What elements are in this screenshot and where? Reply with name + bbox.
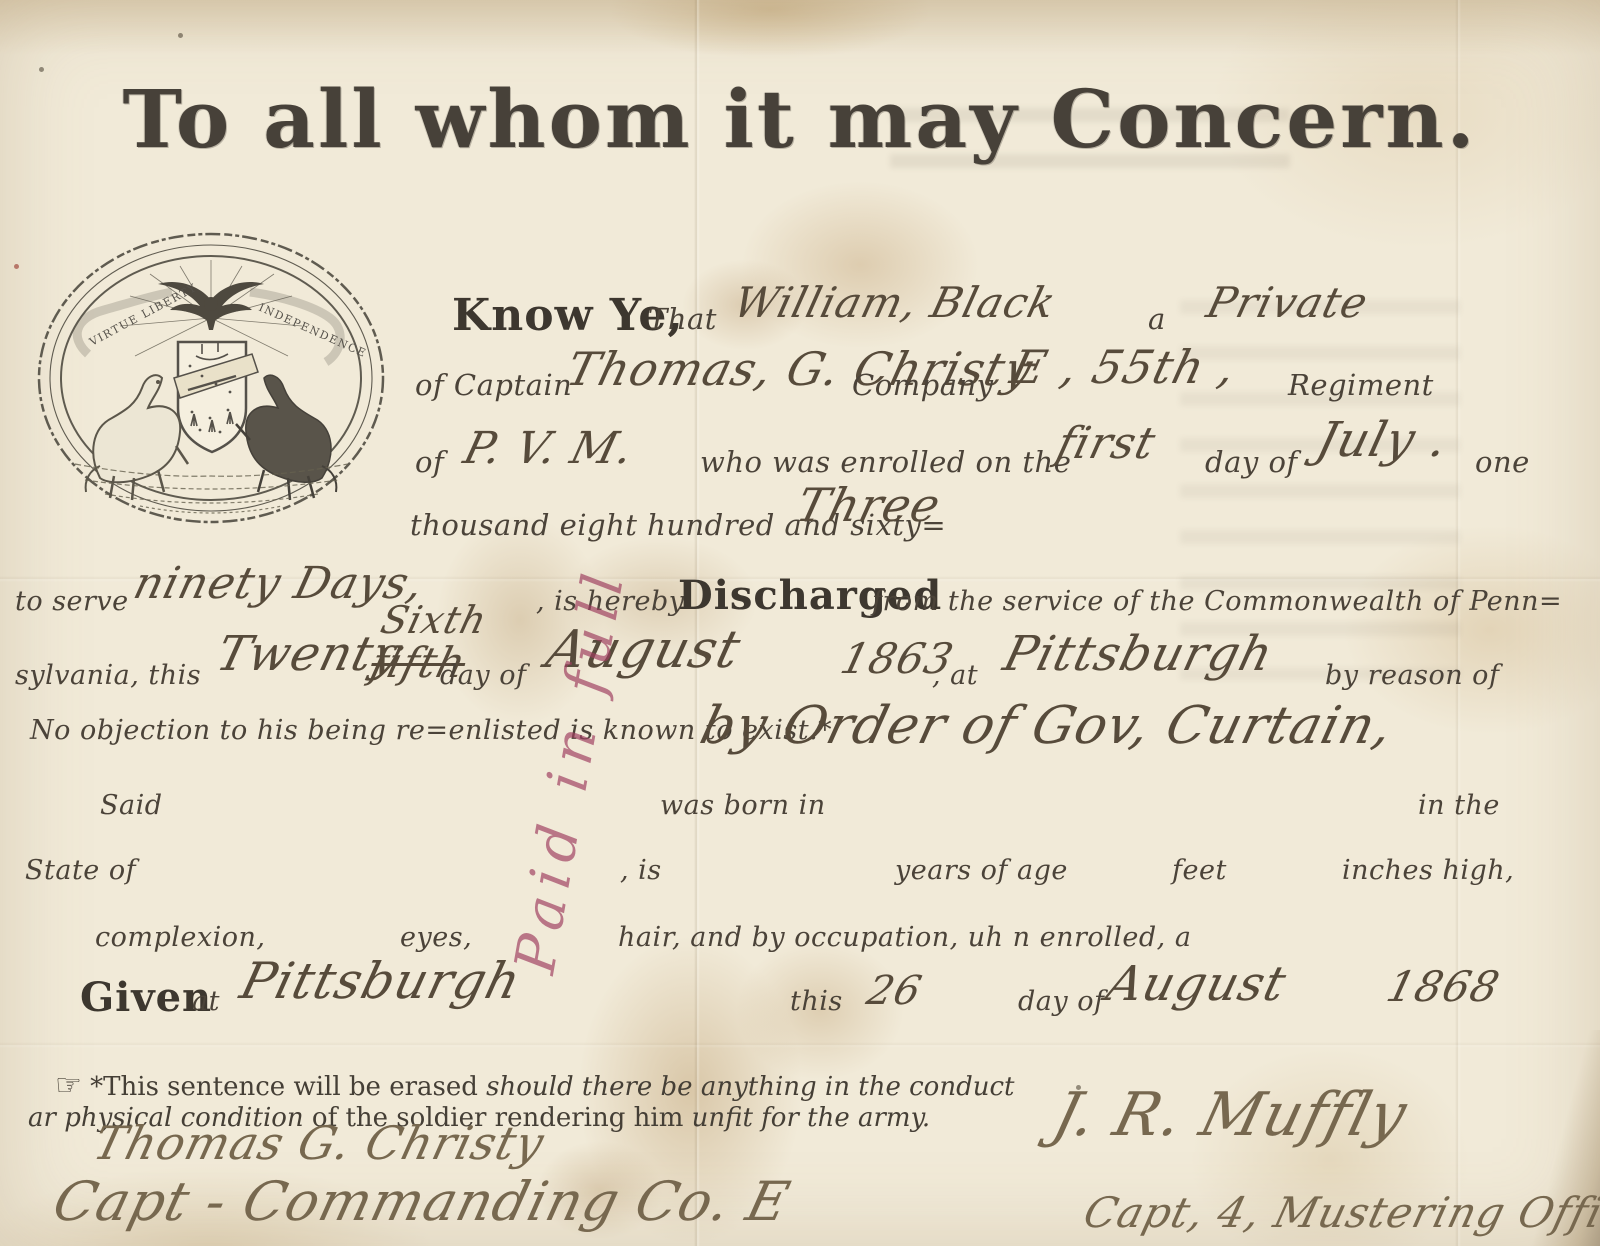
service-term-handwriting: ninety Days, — [129, 558, 430, 609]
by-reason-label: by reason of — [1325, 660, 1499, 691]
right-signature-name: J. R. Muffly — [1046, 1080, 1414, 1150]
pennsylvania-coat-of-arms-seal: VIRTUE LIBERTY INDEPENDENCE — [30, 226, 392, 534]
in-the-label: in the — [1418, 790, 1500, 821]
a-label: a — [1148, 302, 1166, 336]
given-day-handwriting: 26 — [862, 968, 926, 1014]
comma-at-label: , at — [932, 660, 978, 691]
years-of-age-label: years of age — [895, 855, 1068, 886]
footnote-part1: *This sentence will be erased — [90, 1072, 486, 1102]
discharge-place-handwriting: Pittsburgh — [998, 626, 1279, 682]
enrolled-text: who was enrolled on the — [700, 445, 1071, 479]
this-label: this — [790, 986, 843, 1017]
footnote-line-1: ☞ *This sentence will be erased should t… — [55, 1068, 1014, 1103]
day-of-label-3: day of — [1018, 986, 1104, 1017]
manicule-pointing-hand-icon: ☞ — [55, 1068, 82, 1103]
footnote-part2: should there be anything in the conduct — [486, 1072, 1014, 1102]
horizontal-fold-crease-lower — [0, 1042, 1600, 1048]
comma-is-label: , is — [620, 855, 662, 886]
one-label: one — [1475, 445, 1530, 479]
feet-label: feet — [1172, 855, 1227, 886]
given-year-handwriting: 1868 — [1382, 962, 1505, 1011]
said-label: Said — [100, 790, 163, 821]
hair-occupation-text: hair, and by occupation, uh n enrolled, … — [618, 922, 1191, 953]
day-of-label-2: day of — [440, 660, 526, 691]
inches-high-label: inches high, — [1342, 855, 1514, 886]
right-horse-icon — [236, 375, 336, 500]
of-captain-label: of Captain — [415, 368, 572, 402]
footnote-part5: unfit for the army. — [692, 1103, 930, 1133]
soldier-name-handwriting: William, Black — [729, 278, 1061, 327]
to-serve-label: to serve — [15, 586, 129, 617]
left-signature-title: Capt - Commanding Co. E — [47, 1170, 796, 1233]
that-label: That — [648, 302, 717, 336]
company-label: Company — [852, 368, 994, 402]
page-title: To all whom it may Concern. — [0, 72, 1600, 166]
unit-handwriting: P. V. M. — [459, 423, 639, 474]
rank-handwriting: Private — [1202, 278, 1373, 327]
left-signature-name: Thomas G. Christy — [88, 1116, 550, 1170]
enroll-day-handwriting: first — [1052, 418, 1161, 469]
sylvania-this-label: sylvania, this — [15, 660, 201, 691]
was-born-in-label: was born in — [660, 790, 826, 821]
right-signature-title: Capt, 4, Mustering Office — [1079, 1188, 1600, 1237]
day-of-label: day of — [1205, 445, 1298, 479]
given-place-handwriting: Pittsburgh — [235, 952, 527, 1010]
enroll-month-handwriting: July . — [1311, 412, 1454, 468]
document-scan: To all whom it may Concern. VIRTUE LIBER… — [0, 0, 1600, 1246]
spelled-year-handwriting: Three — [791, 478, 946, 532]
at-label: at — [192, 986, 220, 1017]
company-value-handwriting: E , 55th , — [1005, 340, 1242, 394]
from-service-text: from the service of the Commonwealth of … — [872, 586, 1562, 617]
paper-speck — [178, 33, 183, 38]
left-horse-icon — [86, 375, 188, 500]
eyes-label: eyes, — [400, 922, 472, 953]
by-order-handwriting: by Order of Gov, Curtain, — [695, 696, 1400, 756]
regiment-label: Regiment — [1288, 368, 1434, 402]
given-month-handwriting: August — [1101, 956, 1292, 1012]
complexion-label: complexion, — [95, 922, 265, 953]
of-label: of — [415, 445, 444, 479]
motto-left-text: VIRTUE LIBERTY — [86, 281, 199, 349]
paper-speck — [14, 264, 19, 269]
state-of-label: State of — [25, 855, 136, 886]
